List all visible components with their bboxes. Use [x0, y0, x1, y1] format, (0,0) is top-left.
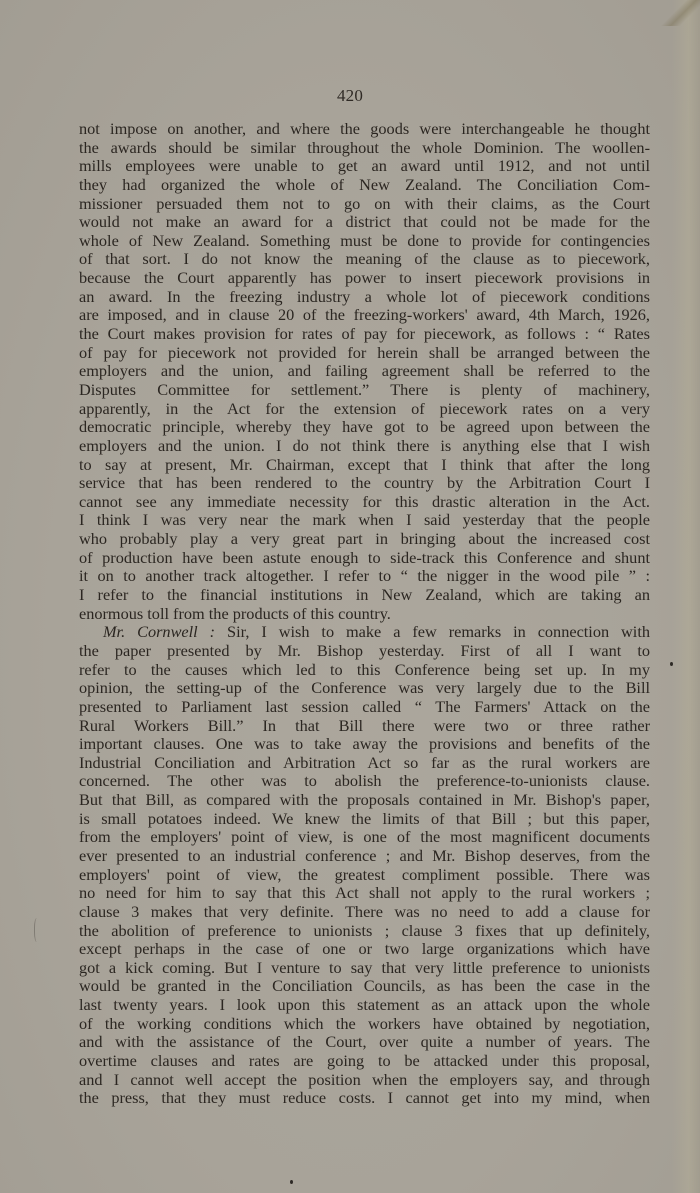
text-line: it on to another track altogether. I ref… [79, 567, 650, 586]
text-line: who probably play a very great part in b… [79, 530, 650, 549]
text-line: except perhaps in the case of one or two… [79, 940, 650, 959]
text-line: is small potatoes indeed. We knew the li… [79, 810, 650, 829]
text-line: to say at present, Mr. Chairman, except … [79, 456, 650, 475]
text-line: of production have been astute enough to… [79, 549, 650, 568]
text-line: important clauses. One was to take away … [79, 735, 650, 754]
ink-speck [290, 1180, 293, 1184]
paragraph-2: Mr. Cornwell : Sir, I wish to make a few… [79, 623, 650, 1108]
text-line: of the working conditions which the work… [79, 1015, 650, 1034]
text-line: whole of New Zealand. Something must be … [79, 232, 650, 251]
text-line: and I cannot well accept the position wh… [79, 1071, 650, 1090]
text-line: I think I was very near the mark when I … [79, 511, 650, 530]
text-line: refer to the causes which led to this Co… [79, 661, 650, 680]
pencil-margin-mark [34, 918, 41, 942]
text-line: last twenty years. I look upon this stat… [79, 996, 650, 1015]
text-line: they had organized the whole of New Zeal… [79, 176, 650, 195]
text-line: mills employees were unable to get an aw… [79, 157, 650, 176]
text-line: cannot see any immediate necessity for t… [79, 493, 650, 512]
text-line: employers' point of view, the greatest c… [79, 866, 650, 885]
text-line: clause 3 makes that very definite. There… [79, 903, 650, 922]
text-line: democratic principle, whereby they have … [79, 418, 650, 437]
text-line: service that has been rendered to the co… [79, 474, 650, 493]
text-line: the Court makes provision for rates of p… [79, 325, 650, 344]
page-edge-shadow [672, 0, 700, 1193]
text-line: ever presented to an industrial conferen… [79, 847, 650, 866]
text-line: Industrial Conciliation and Arbitration … [79, 754, 650, 773]
text-line: Disputes Committee for settlement.” Ther… [79, 381, 650, 400]
text-line: and with the assistance of the Court, ov… [79, 1033, 650, 1052]
text-line: got a kick coming. But I venture to say … [79, 959, 650, 978]
speaker-name: Mr. Cornwell : [103, 622, 215, 641]
text-line: from the employers' point of view, is on… [79, 828, 650, 847]
text-line: because the Court apparently has power t… [79, 269, 650, 288]
text-line: of pay for piecework not provided for he… [79, 344, 650, 363]
ink-speck [670, 662, 673, 666]
page-corner-stain [660, 0, 700, 26]
text-line: overtime clauses and rates are going to … [79, 1052, 650, 1071]
text-line: I refer to the financial institutions in… [79, 586, 650, 605]
body-text: not impose on another, and where the goo… [79, 120, 650, 1108]
text-line: employers and the union. I do not think … [79, 437, 650, 456]
paragraph-1: not impose on another, and where the goo… [79, 120, 650, 623]
text-line: an award. In the freezing industry a who… [79, 288, 650, 307]
text-line: the press, that they must reduce costs. … [79, 1089, 650, 1108]
text-line: the abolition of preference to unionists… [79, 922, 650, 941]
text-line: Rural Workers Bill.” In that Bill there … [79, 717, 650, 736]
text-line: presented to Parliament last session cal… [79, 698, 650, 717]
text-line: not impose on another, and where the goo… [79, 120, 650, 139]
text-line: are imposed, and in clause 20 of the fre… [79, 306, 650, 325]
text-line: But that Bill, as compared with the prop… [79, 791, 650, 810]
text-line: concerned. The other was to abolish the … [79, 772, 650, 791]
text-line: the paper presented by Mr. Bishop yester… [79, 642, 650, 661]
text-line: apparently, in the Act for the extension… [79, 400, 650, 419]
text-line: employers and the union, and failing agr… [79, 362, 650, 381]
text-line: opinion, the setting-up of the Conferenc… [79, 679, 650, 698]
text-line: missioner persuaded them not to go on wi… [79, 195, 650, 214]
page-number: 420 [0, 86, 700, 106]
speaker-line-text: Sir, I wish to make a few remarks in con… [215, 622, 650, 641]
text-line: the awards should be similar throughout … [79, 139, 650, 158]
text-line: would be granted in the Conciliation Cou… [79, 977, 650, 996]
speaker-line: Mr. Cornwell : Sir, I wish to make a few… [79, 623, 650, 642]
text-line: would not make an award for a district t… [79, 213, 650, 232]
text-line: of that sort. I do not know the meaning … [79, 250, 650, 269]
text-line: no need for him to say that this Act sha… [79, 884, 650, 903]
text-line: enormous toll from the products of this … [79, 605, 650, 624]
